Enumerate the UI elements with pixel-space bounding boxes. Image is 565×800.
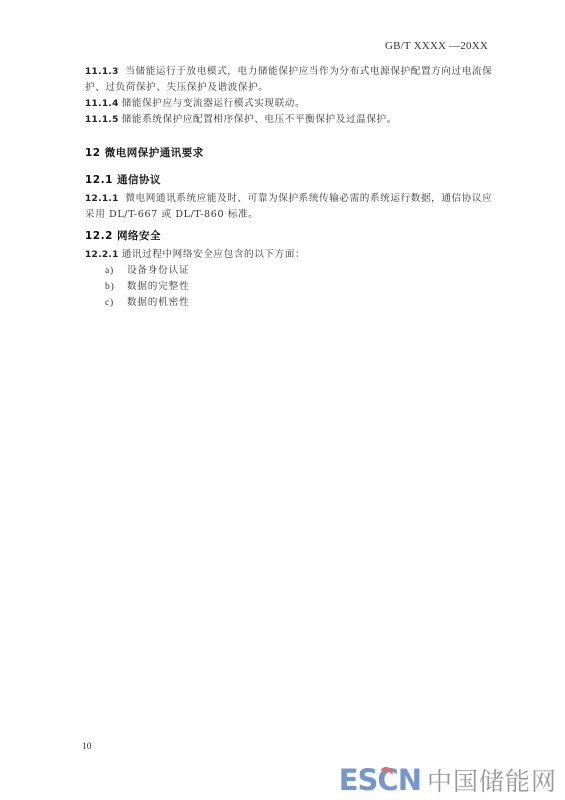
clause-number: 11.1.4 (85, 99, 119, 109)
paragraph-11-1-3-cont: 护、过负荷保护、失压保护及谐波保护。 (85, 80, 485, 96)
paragraph-12-1-1-cont: 采用 DL/T-667 或 DL/T-860 标准。 (85, 207, 495, 223)
paragraph-text: 储能保护应与变流器运行模式实现联动。 (122, 98, 306, 109)
paragraph-text: 微电网通讯系统应能及时、可靠为保护系统传输必需的系统运行数据，通信协议应 (125, 193, 492, 204)
clause-number: 12.1.1 (85, 194, 119, 204)
paragraph-text: 通讯过程中网络安全应包含的以下方面： (122, 249, 306, 260)
paragraph-12-1-1-block: 12.1.1 微电网通讯系统应能及时、可靠为保护系统传输必需的系统运行数据，通信… (85, 191, 495, 223)
list-marker: c) (105, 295, 127, 311)
paragraph-12-1-1: 12.1.1 微电网通讯系统应能及时、可靠为保护系统传输必需的系统运行数据，通信… (85, 191, 495, 207)
paragraph-12-2-1-block: 12.2.1通讯过程中网络安全应包含的以下方面： a)设备身份认证 b)数据的完… (85, 247, 495, 311)
page-header: GB/T XXXX —20XX (385, 40, 488, 52)
list-item: a)设备身份认证 (85, 263, 495, 279)
watermark-chinese: 中国储能网 (427, 762, 557, 798)
list-item-text: 数据的机密性 (127, 297, 189, 308)
paragraph-11-1-5: 11.1.5储能系统保护应配置相序保护、电压不平衡保护及过温保护。 (85, 112, 485, 128)
paragraph-text: 储能系统保护应配置相序保护、电压不平衡保护及过温保护。 (122, 114, 397, 125)
paragraph-text: 当储能运行于放电模式，电力储能保护应当作为分布式电源保护配置方向过电流保 (125, 66, 492, 77)
list-item-text: 设备身份认证 (127, 265, 189, 276)
watermark-n: N (398, 763, 421, 797)
paragraph-12-2-1: 12.2.1通讯过程中网络安全应包含的以下方面： (85, 247, 495, 263)
clause-number: 11.1.3 (85, 67, 119, 77)
paragraph-11-1-3: 11.1.3 当储能运行于放电模式，电力储能保护应当作为分布式电源保护配置方向过… (85, 64, 485, 80)
list-item: c)数据的机密性 (85, 295, 495, 311)
clause-number: 12.2.1 (85, 250, 119, 260)
section-11-body: 11.1.3 当储能运行于放电模式，电力储能保护应当作为分布式电源保护配置方向过… (85, 64, 485, 128)
section-12-2-title: 12.2 网络安全 (85, 228, 161, 243)
clause-number: 11.1.5 (85, 115, 119, 125)
paragraph-11-1-4: 11.1.4储能保护应与变流器运行模式实现联动。 (85, 96, 485, 112)
watermark-es: ES (339, 763, 378, 797)
watermark-latin: ESCN (339, 763, 421, 797)
watermark-c-with-arc-icon: C (377, 763, 397, 797)
list-marker: a) (105, 263, 127, 279)
list-marker: b) (105, 279, 127, 295)
list-item-text: 数据的完整性 (127, 281, 189, 292)
section-12-1-title: 12.1 通信协议 (85, 172, 161, 187)
chapter-12-title: 12 微电网保护通讯要求 (85, 145, 204, 160)
escn-watermark-logo: ESCN 中国储能网 (339, 762, 557, 798)
page-number: 10 (82, 742, 92, 752)
list-item: b)数据的完整性 (85, 279, 495, 295)
